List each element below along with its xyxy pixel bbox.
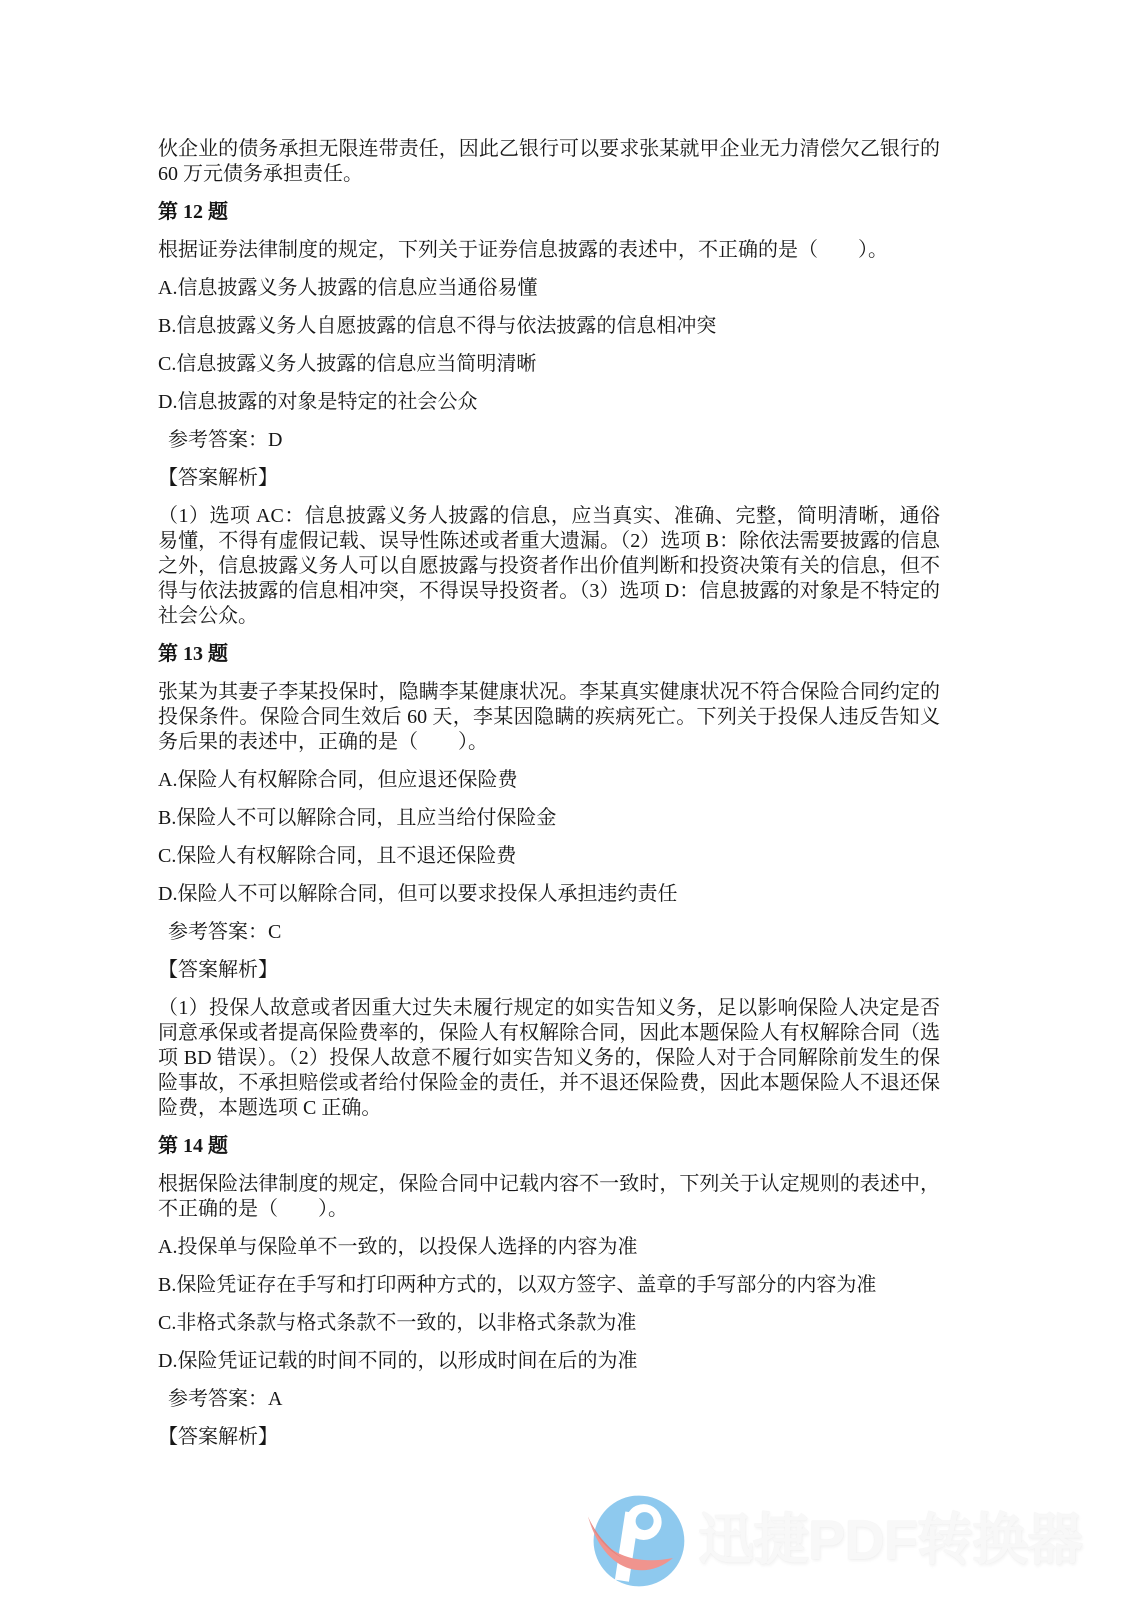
question-13-option-b: B.保险人不可以解除合同，且应当给付保险金	[158, 806, 940, 831]
question-13-answer: 参考答案：C	[158, 920, 940, 945]
question-13-analysis: （1）投保人故意或者因重大过失未履行规定的如实告知义务，足以影响保险人决定是否同…	[158, 996, 940, 1121]
question-13-option-a: A.保险人有权解除合同，但应退还保险费	[158, 768, 940, 793]
continuation-paragraph: 伙企业的债务承担无限连带责任，因此乙银行可以要求张某就甲企业无力清偿欠乙银行的 …	[158, 137, 940, 187]
question-13-title: 第 13 题	[158, 642, 940, 667]
watermark: 迅捷PDF转换器	[586, 1488, 1082, 1592]
question-14-option-b: B.保险凭证存在手写和打印两种方式的，以双方签字、盖章的手写部分的内容为准	[158, 1273, 940, 1298]
question-14-title: 第 14 题	[158, 1134, 940, 1159]
question-13-analysis-header: 【答案解析】	[158, 958, 940, 983]
question-14-analysis-header: 【答案解析】	[158, 1425, 940, 1450]
watermark-text: 迅捷PDF转换器	[698, 1488, 1082, 1592]
question-12-analysis-header: 【答案解析】	[158, 466, 940, 491]
question-14-answer: 参考答案：A	[158, 1387, 940, 1412]
question-14-option-d: D.保险凭证记载的时间不同的，以形成时间在后的为准	[158, 1349, 940, 1374]
question-14-option-c: C.非格式条款与格式条款不一致的，以非格式条款为准	[158, 1311, 940, 1336]
question-12-answer: 参考答案：D	[158, 428, 940, 453]
question-12-title: 第 12 题	[158, 200, 940, 225]
question-13-option-c: C.保险人有权解除合同，且不退还保险费	[158, 844, 940, 869]
question-12-analysis: （1）选项 AC：信息披露义务人披露的信息，应当真实、准确、完整，简明清晰，通俗…	[158, 504, 940, 629]
question-12-option-d: D.信息披露的对象是特定的社会公众	[158, 390, 940, 415]
question-12-option-c: C.信息披露义务人披露的信息应当简明清晰	[158, 352, 940, 377]
question-14-option-a: A.投保单与保险单不一致的，以投保人选择的内容为准	[158, 1235, 940, 1260]
question-13-option-d: D.保险人不可以解除合同，但可以要求投保人承担违约责任	[158, 882, 940, 907]
question-12-option-a: A.信息披露义务人披露的信息应当通俗易懂	[158, 276, 940, 301]
question-14-stem: 根据保险法律制度的规定，保险合同中记载内容不一致时，下列关于认定规则的表述中，不…	[158, 1172, 940, 1222]
document-page-content: 伙企业的债务承担无限连带责任，因此乙银行可以要求张某就甲企业无力清偿欠乙银行的 …	[158, 137, 940, 1463]
question-13-stem: 张某为其妻子李某投保时，隐瞒李某健康状况。李某真实健康状况不符合保险合同约定的投…	[158, 680, 940, 755]
pdf-converter-logo-icon	[586, 1488, 690, 1592]
question-12-stem: 根据证券法律制度的规定，下列关于证券信息披露的表述中，不正确的是（ ）。	[158, 238, 940, 263]
question-12-option-b: B.信息披露义务人自愿披露的信息不得与依法披露的信息相冲突	[158, 314, 940, 339]
